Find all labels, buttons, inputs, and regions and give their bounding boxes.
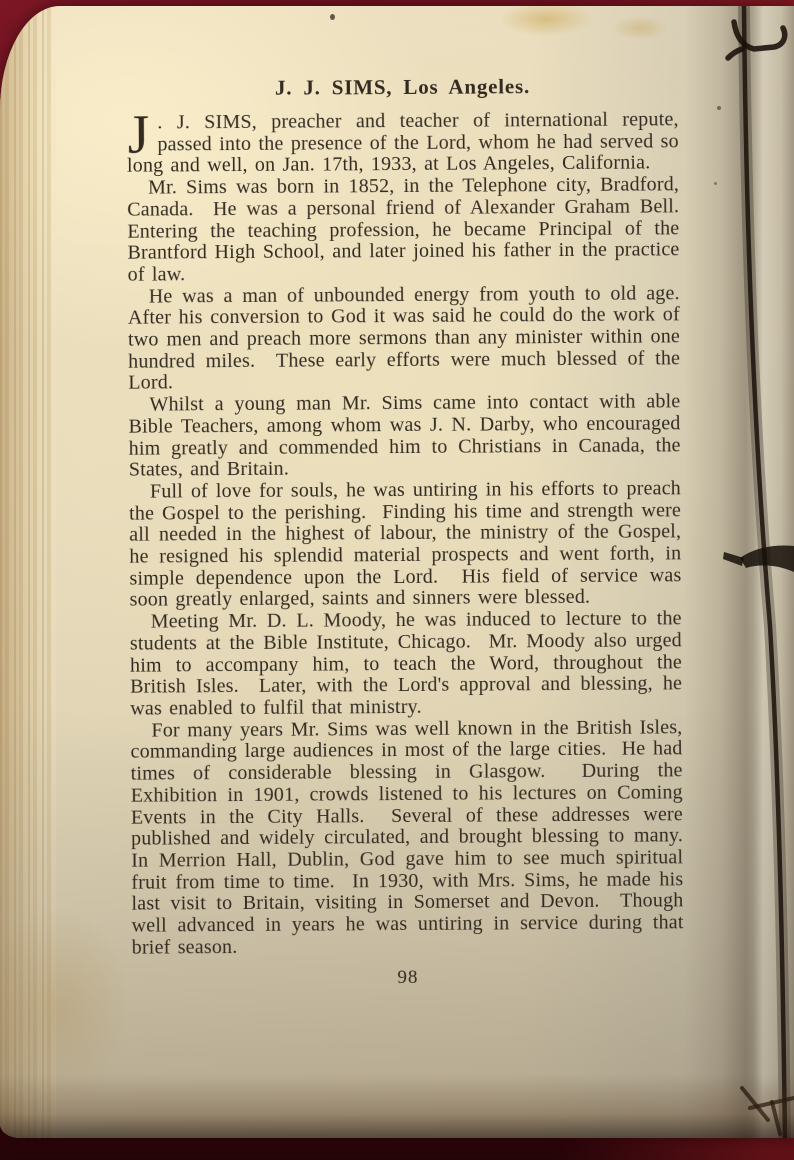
page-content: J. J. SIMS, Los Angeles. J. J. SIMS, pre… [126,6,684,991]
paragraph: J. J. SIMS, preacher and teacher of inte… [127,109,679,177]
paragraph: Meeting Mr. D. L. Moody, he was induced … [130,608,683,720]
binding-stitches [684,6,794,1138]
paragraph: Mr. Sims was born in 1852, in the Teleph… [127,174,680,286]
page-title: J. J. SIMS, Los Angeles. [126,73,678,100]
paragraph: Full of love for souls, he was untiring … [129,478,682,612]
binding-gutter [684,6,794,1138]
paragraph-text: . J. SIMS, preacher and teacher of inter… [127,108,686,177]
page-bottom-shadow [0,1074,794,1138]
book-photo: J. J. SIMS, Los Angeles. J. J. SIMS, pre… [0,0,794,1160]
paragraph: He was a man of unbounded energy from yo… [128,283,681,395]
stitch-thread-middle [723,546,794,573]
drop-cap: J [127,112,158,154]
paragraph: For many years Mr. Sims was well known i… [130,717,683,959]
stitch-thread-top [728,22,785,58]
book-page: J. J. SIMS, Los Angeles. J. J. SIMS, pre… [0,6,794,1138]
page-number: 98 [132,966,684,991]
paragraph: Whilst a young man Mr. Sims came into co… [128,391,681,481]
